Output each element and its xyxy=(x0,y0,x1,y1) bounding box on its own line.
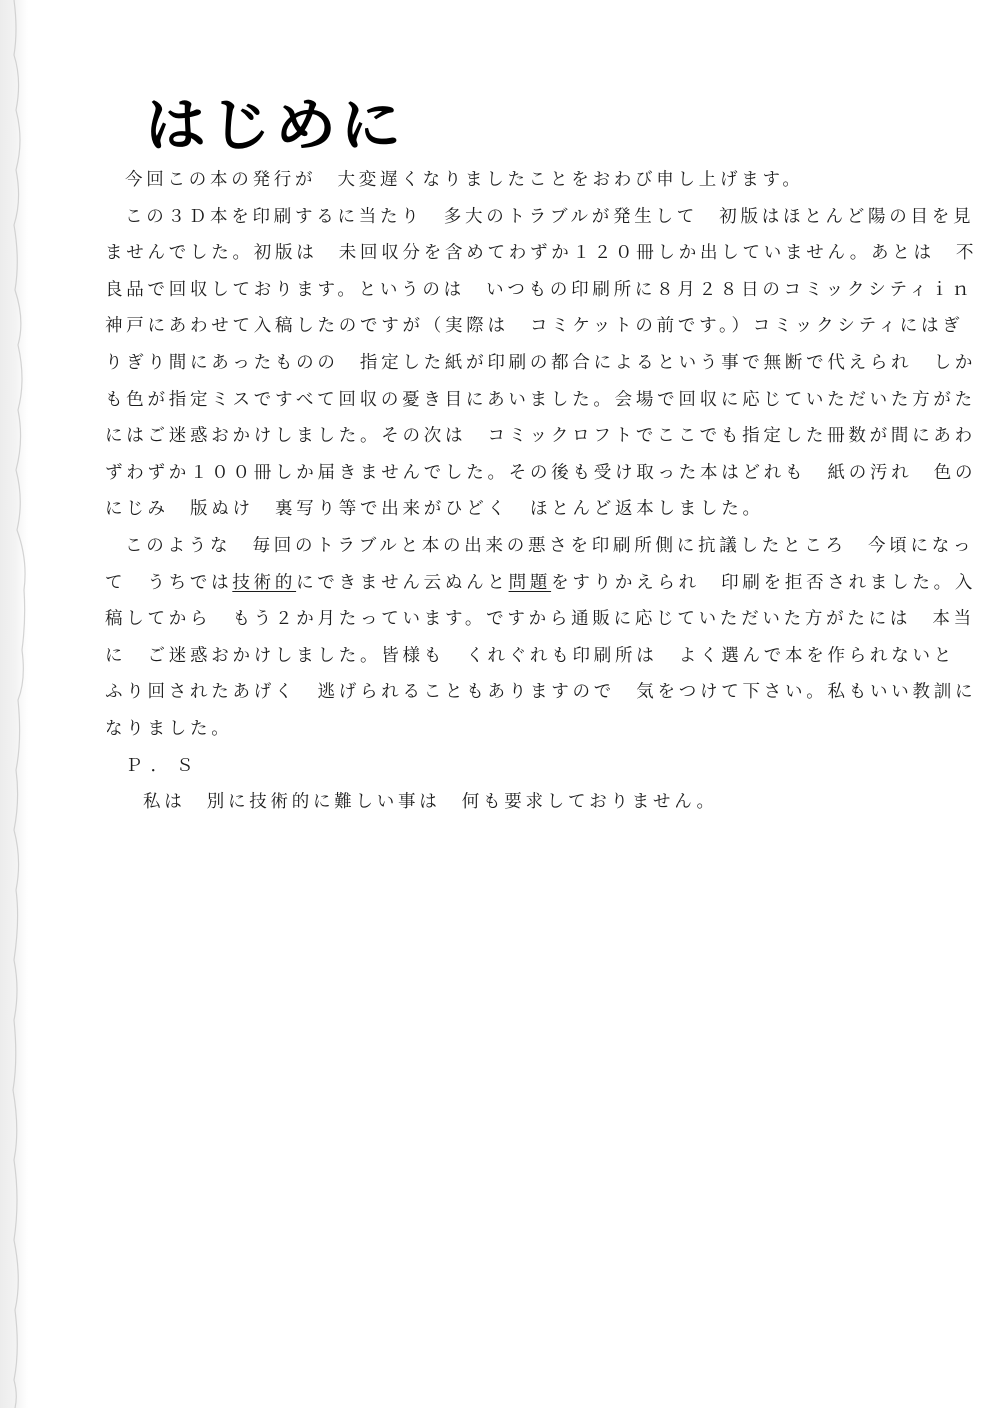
text-line: このような 毎回のトラブルと本の出来の悪さを印刷所側に抗議したところ 今頃になっ xyxy=(105,528,905,565)
text-line: 今回この本の発行が 大変遅くなりましたことをおわび申し上げます。 xyxy=(105,162,905,199)
postscript-text: 私は 別に技術的に難しい事は 何も要求しておりません。 xyxy=(105,784,905,821)
underlined-term: 技術的 xyxy=(232,573,296,593)
text-line: ませんでした。初版は 未回収分を含めてわずか１２０冊しか出していません。あとは … xyxy=(105,235,905,272)
page-title: はじめに xyxy=(145,92,405,158)
text-segment: をすりかえられ 印刷を拒否されました。入 xyxy=(551,573,976,593)
text-line: この３Ｄ本を印刷するに当たり 多大のトラブルが発生して 初版はほとんど陽の目を見 xyxy=(105,199,905,236)
text-segment: て うちでは xyxy=(105,573,232,593)
text-line: 稿してから もう２か月たっています。ですから通販に応じていただいた方がたには 本… xyxy=(105,601,905,638)
text-line: も色が指定ミスですべて回収の憂き目にあいました。会場で回収に応じていただいた方が… xyxy=(105,382,905,419)
text-line: ふり回されたあげく 逃げられることもありますので 気をつけて下さい。私もいい教訓… xyxy=(105,674,905,711)
text-line: に ご迷惑おかけしました。皆様も くれぐれも印刷所は よく選んで本を作られないと xyxy=(105,638,905,675)
text-line: ずわずか１００冊しか届きませんでした。その後も受け取った本はどれも 紙の汚れ 色… xyxy=(105,455,905,492)
text-line: なりました。 xyxy=(105,711,905,748)
text-line: 良品で回収しております。というのは いつもの印刷所に８月２８日のコミックシティｉ… xyxy=(105,272,905,309)
text-line: 神戸にあわせて入稿したのですが（実際は コミケットの前です。）コミックシティには… xyxy=(105,308,905,345)
text-line: にじみ 版ぬけ 裏写り等で出来がひどく ほとんど返本しました。 xyxy=(105,491,905,528)
text-line: にはご迷惑おかけしました。その次は コミックロフトでここでも指定した冊数が間にあ… xyxy=(105,418,905,455)
text-line: りぎり間にあったものの 指定した紙が印刷の都合によるという事で無断で代えられ し… xyxy=(105,345,905,382)
text-segment: にできません云ぬんと xyxy=(296,573,509,593)
page-edge-shadow xyxy=(0,0,30,1408)
postscript-label: Ｐ．Ｓ xyxy=(105,748,905,785)
body-text: 今回この本の発行が 大変遅くなりましたことをおわび申し上げます。 この３Ｄ本を印… xyxy=(105,162,905,821)
underlined-term: 問題 xyxy=(509,573,552,593)
text-line-with-underlines: て うちでは技術的にできません云ぬんと問題をすりかえられ 印刷を拒否されました。… xyxy=(105,565,905,602)
